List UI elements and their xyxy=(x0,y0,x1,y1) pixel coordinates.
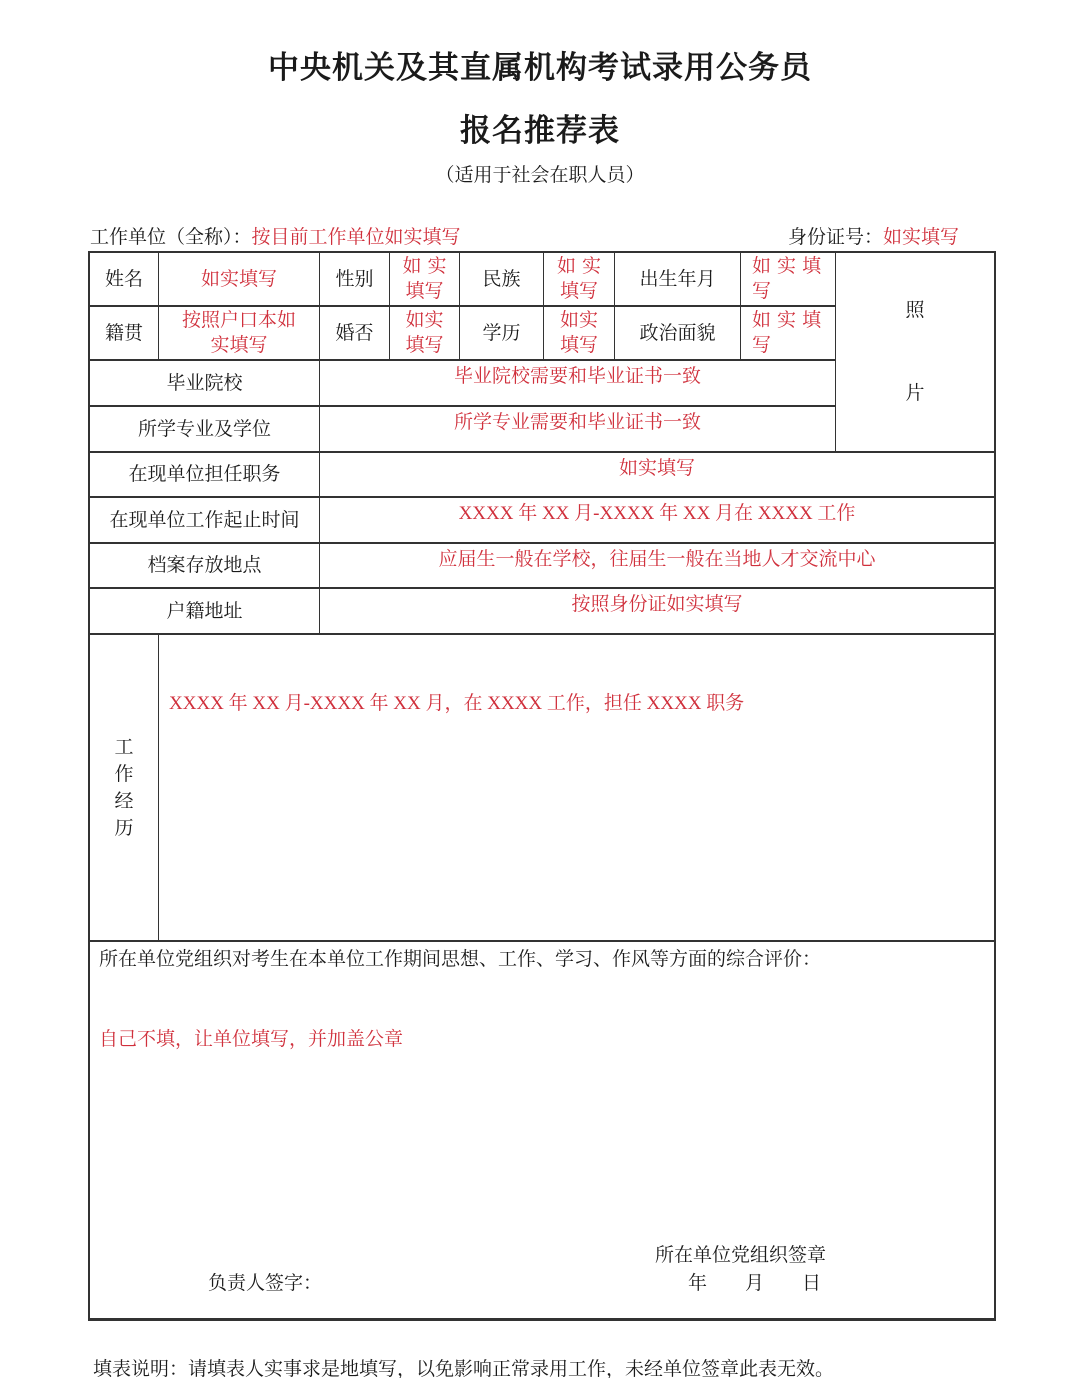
evaluation-value[interactable]: 自己不填，让单位填写，并加盖公章 xyxy=(99,1024,403,1051)
id-number-field: 身份证号：如实填写 xyxy=(788,222,959,249)
work-history-label-char: 历 xyxy=(90,815,158,842)
major-degree-value[interactable]: 所学专业需要和毕业证书一致 xyxy=(320,404,835,451)
date-label: 年 月 日 xyxy=(688,1268,821,1295)
form-applicability-note: （适用于社会在职人员） xyxy=(0,160,1080,187)
filling-instructions: 填表说明：请填表人实事求是地填写，以免影响正常录用工作，未经单位签章此表无效。 xyxy=(93,1354,834,1378)
major-degree-label: 所学专业及学位 xyxy=(90,407,319,451)
gender-value[interactable]: 如 实 填写 xyxy=(390,253,459,305)
work-unit-field: 工作单位（全称）：按目前工作单位如实填写 xyxy=(90,222,461,249)
work-unit-label: 工作单位（全称）： xyxy=(90,226,252,248)
form-title: 中央机关及其直属机构考试录用公务员 xyxy=(0,42,1080,87)
employment-period-value[interactable]: XXXX 年 XX 月-XXXX 年 XX 月在 XXXX 工作 xyxy=(320,495,994,542)
photo-label-char-2: 片 xyxy=(836,378,994,408)
work-history-value[interactable]: XXXX 年 XX 月-XXXX 年 XX 月，在 XXXX 工作，担任 XXX… xyxy=(169,688,744,715)
political-status-value[interactable]: 如 实 填 写 xyxy=(752,307,835,359)
work-history-label: 工 作 经 历 xyxy=(90,734,158,842)
work-unit-value[interactable]: 按目前工作单位如实填写 xyxy=(252,226,461,248)
marital-label: 婚否 xyxy=(320,307,389,359)
ethnicity-value[interactable]: 如 实 填写 xyxy=(544,253,614,305)
work-history-label-char: 作 xyxy=(90,761,158,788)
ethnicity-label: 民族 xyxy=(460,253,543,305)
household-address-value[interactable]: 按照身份证如实填写 xyxy=(320,586,994,633)
name-label: 姓名 xyxy=(90,253,158,305)
birth-value[interactable]: 如 实 填 写 xyxy=(752,253,835,305)
archive-location-value[interactable]: 应届生一般在学校，往届生一般在当地人才交流中心 xyxy=(320,541,994,587)
id-number-value[interactable]: 如实填写 xyxy=(883,226,959,248)
photo-label-char-1: 照 xyxy=(836,295,994,325)
signer-label: 负责人签字： xyxy=(208,1268,322,1295)
graduate-school-label: 毕业院校 xyxy=(90,361,319,405)
birth-label: 出生年月 xyxy=(615,253,740,305)
graduate-school-value[interactable]: 毕业院校需要和毕业证书一致 xyxy=(320,358,835,405)
evaluation-label: 所在单位党组织对考生在本单位工作期间思想、工作、学习、作风等方面的综合评价： xyxy=(99,944,821,971)
marital-value[interactable]: 如实 填写 xyxy=(390,307,459,359)
native-place-label: 籍贯 xyxy=(90,307,158,359)
employment-period-label: 在现单位工作起止时间 xyxy=(90,498,319,542)
party-seal-label: 所在单位党组织签章 xyxy=(655,1240,826,1267)
current-position-value[interactable]: 如实填写 xyxy=(320,450,994,496)
household-address-label: 户籍地址 xyxy=(90,589,319,633)
education-value[interactable]: 如实 填写 xyxy=(544,307,614,359)
current-position-label: 在现单位担任职务 xyxy=(90,453,319,496)
form-subtitle-main: 报名推荐表 xyxy=(0,105,1080,150)
political-status-label: 政治面貌 xyxy=(615,307,740,359)
native-place-value[interactable]: 按照户口本如 实填写 xyxy=(159,307,319,359)
gender-label: 性别 xyxy=(320,253,389,305)
education-label: 学历 xyxy=(460,307,543,359)
work-history-label-char: 工 xyxy=(90,734,158,761)
work-history-label-char: 经 xyxy=(90,788,158,815)
archive-location-label: 档案存放地点 xyxy=(90,544,319,587)
name-value[interactable]: 如实填写 xyxy=(159,253,319,305)
id-number-label: 身份证号： xyxy=(788,226,883,248)
